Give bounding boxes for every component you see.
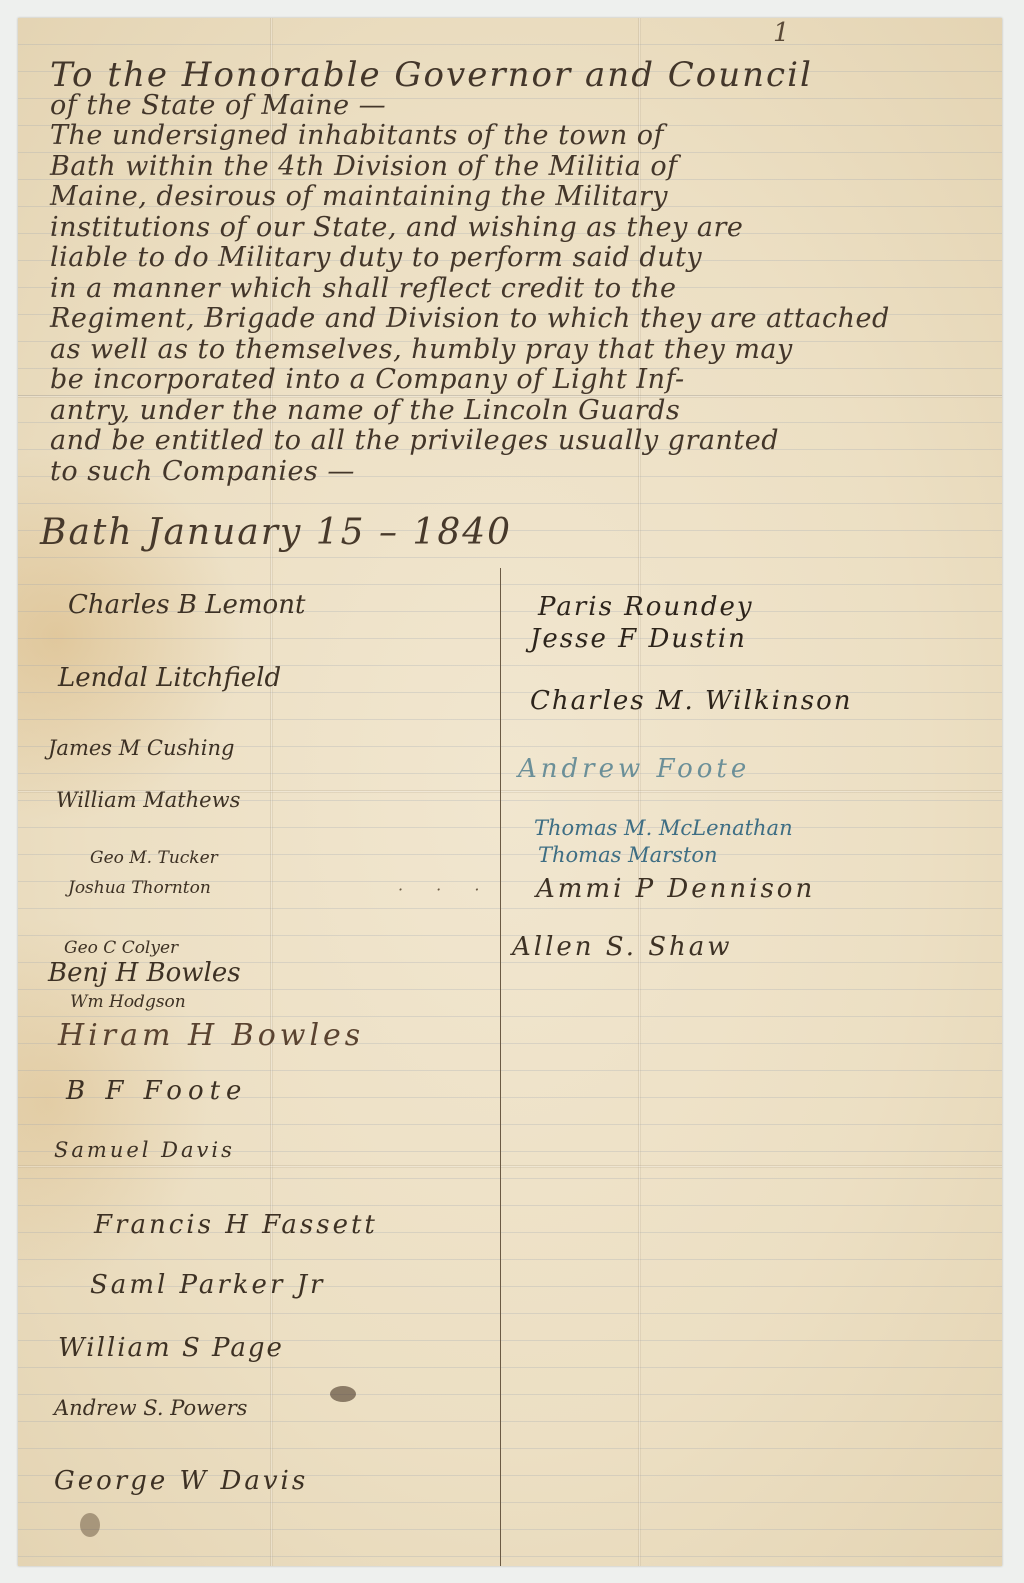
signature: Wm Hodgson xyxy=(70,992,186,1012)
signature: Geo C Colyer xyxy=(64,938,178,958)
signature: Lendal Litchfield xyxy=(58,663,281,693)
signature: Charles M. Wilkinson xyxy=(530,686,852,716)
ink-blot xyxy=(80,1513,100,1537)
petition-line: Regiment, Brigade and Division to which … xyxy=(50,304,990,335)
petition-line: antry, under the name of the Lincoln Gua… xyxy=(50,396,990,427)
signature: Charles B Lemont xyxy=(68,590,305,620)
signature: Benj H Bowles xyxy=(48,958,241,988)
petition-line: be incorporated into a Company of Light … xyxy=(50,365,990,396)
signature: William Mathews xyxy=(56,788,240,812)
signature: Andrew S. Powers xyxy=(54,1396,247,1420)
signature: George W Davis xyxy=(54,1466,308,1496)
petition-line: of the State of Maine — xyxy=(50,91,990,122)
petition-line: The undersigned inhabitants of the town … xyxy=(50,121,990,152)
page-number: 1 xyxy=(773,18,790,48)
petition-line: to such Companies — xyxy=(50,457,990,488)
petition-line: and be entitled to all the privileges us… xyxy=(50,426,990,457)
petition-line: institutions of our State, and wishing a… xyxy=(50,213,990,244)
petition-line: To the Honorable Governor and Council xyxy=(50,60,990,91)
signature: Allen S. Shaw xyxy=(512,932,733,962)
petition-text: To the Honorable Governor and Council of… xyxy=(50,60,990,487)
signature: Samuel Davis xyxy=(54,1138,235,1162)
signature-column-divider xyxy=(500,568,501,1566)
signature: Jesse F Dustin xyxy=(530,624,747,654)
signature: Saml Parker Jr xyxy=(90,1270,326,1300)
signature: Joshua Thornton xyxy=(68,878,211,898)
signature: Francis H Fassett xyxy=(94,1210,378,1240)
signature: Andrew Foote xyxy=(518,754,750,784)
document-page: 1 To the Honorable Governor and Council … xyxy=(18,18,1002,1566)
petition-line: liable to do Military duty to perform sa… xyxy=(50,243,990,274)
petition-line: Bath within the 4th Division of the Mili… xyxy=(50,152,990,183)
ink-blot xyxy=(330,1386,356,1402)
signature: James M Cushing xyxy=(48,736,235,760)
signature: Hiram H Bowles xyxy=(58,1018,364,1053)
petition-line: Maine, desirous of maintaining the Milit… xyxy=(50,182,990,213)
signature: B F Foote xyxy=(66,1076,247,1106)
signature: Geo M. Tucker xyxy=(90,848,218,868)
date-line: Bath January 15 – 1840 xyxy=(40,512,512,553)
stray-ink-marks: · · · xyxy=(398,880,493,899)
signature: Paris Roundey xyxy=(538,592,754,622)
signature: William S Page xyxy=(58,1333,284,1363)
signature: Ammi P Dennison xyxy=(536,874,815,904)
petition-line: in a manner which shall reflect credit t… xyxy=(50,274,990,305)
petition-line: as well as to themselves, humbly pray th… xyxy=(50,335,990,366)
signature: Thomas Marston xyxy=(538,843,718,867)
horizontal-fold xyxy=(18,1165,1002,1168)
signature: Thomas M. McLenathan xyxy=(534,816,793,840)
